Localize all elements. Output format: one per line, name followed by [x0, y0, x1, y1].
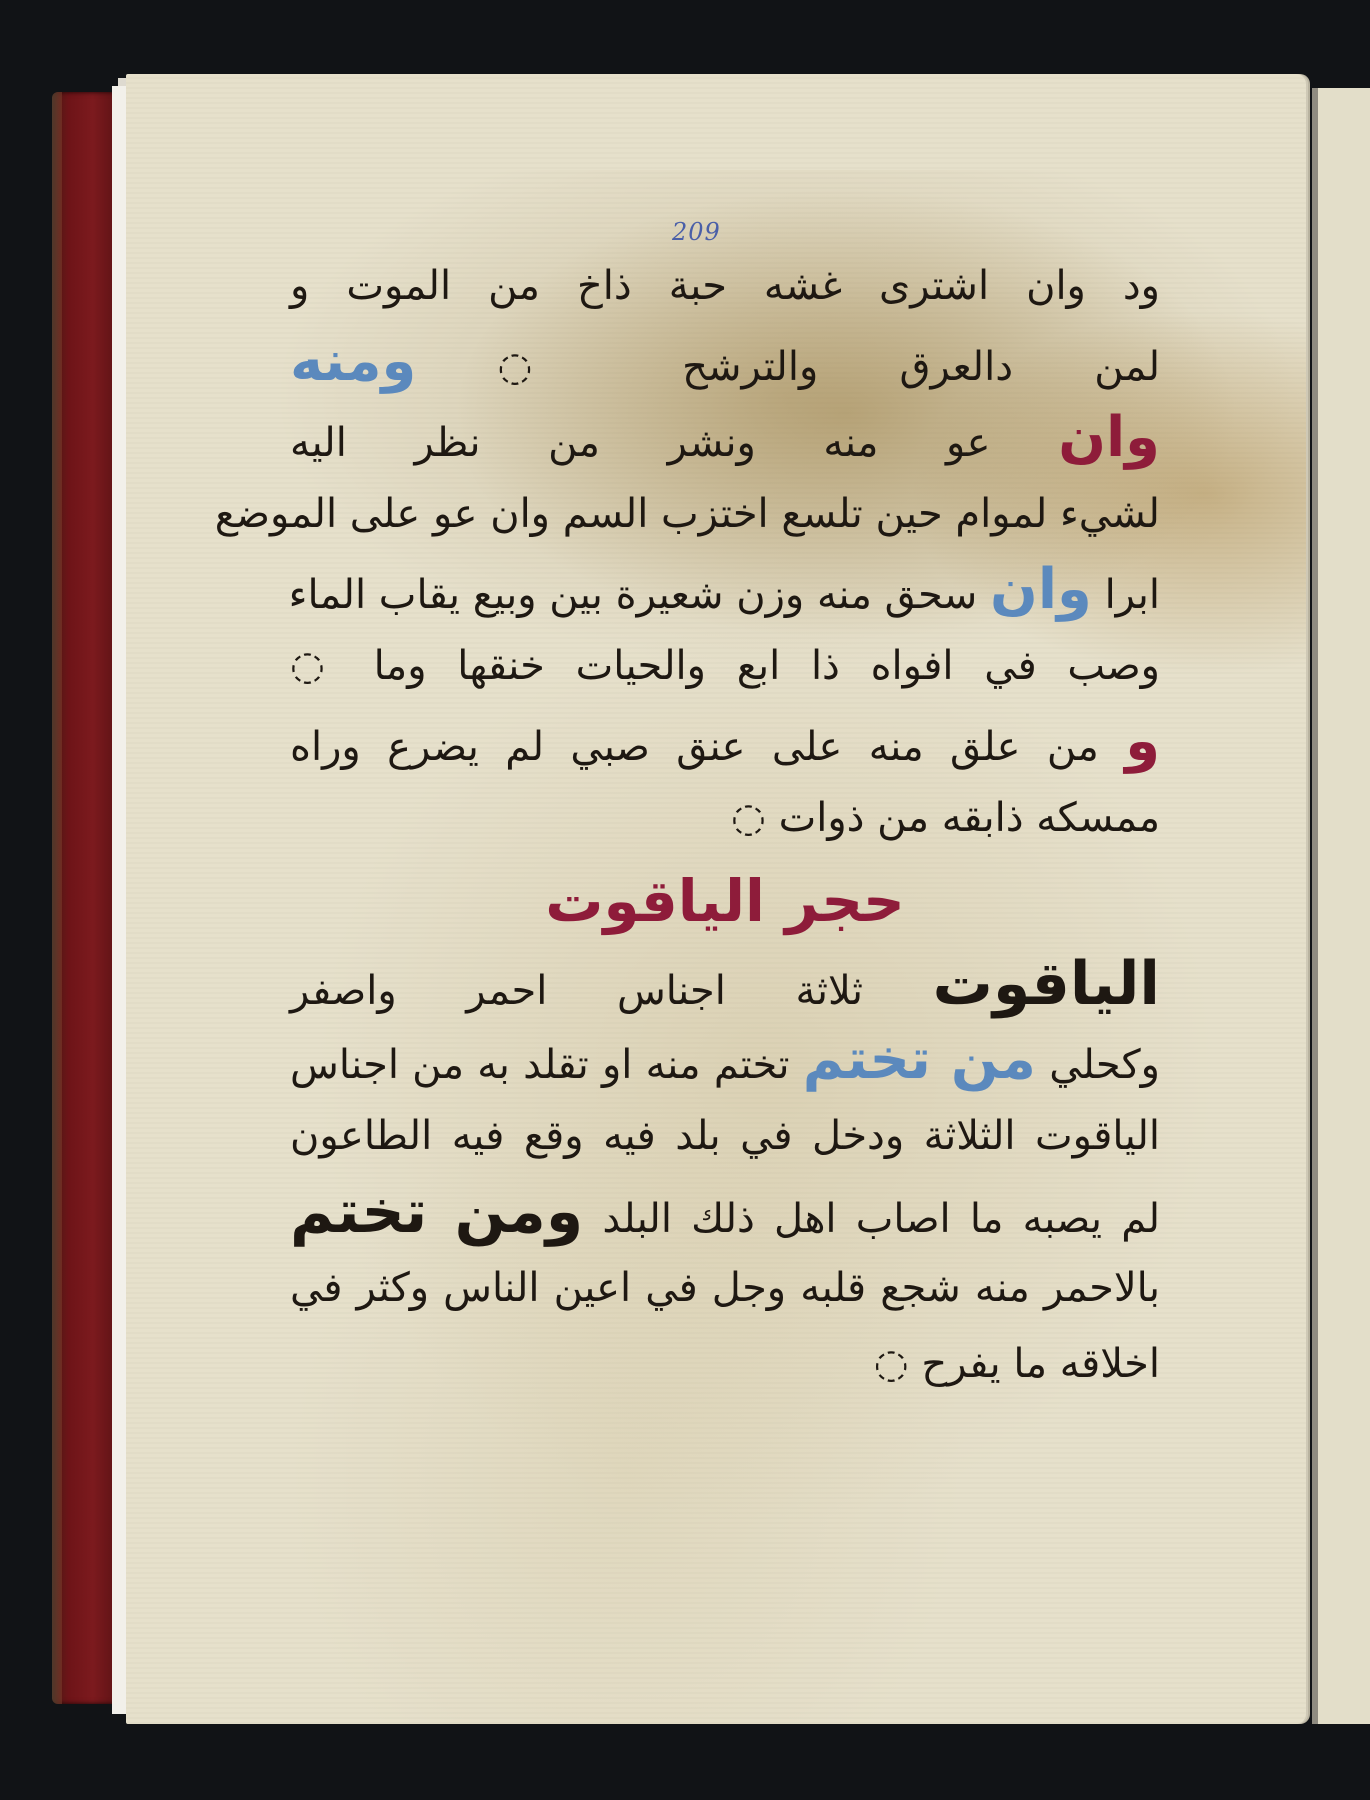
line-text: لم يصبه ما اصاب اهل ذلك البلد: [602, 1196, 1160, 1242]
line-text: الياقوت الثلاثة ودخل في بلد فيه وقع فيه …: [290, 1113, 1160, 1159]
text-line: وان عو منه ونشر من نظر اليه: [290, 400, 1160, 476]
text-line: لمن دالعرق والترشح ◌ ومنه: [290, 324, 1160, 400]
line-lead-word: الياقوت: [933, 949, 1160, 1019]
line-text: وصب في افواه ذا ابع والحيات خنقها وما ◌: [290, 643, 1160, 689]
line-text: من علق منه على عنق صبي لم يضرع وراه: [290, 724, 1099, 770]
section-heading: حجر الياقوت: [290, 856, 1160, 946]
line-lead-word: وكحلي: [1049, 1042, 1160, 1088]
text-line: ممسكه ذابقه من ذوات ◌: [290, 780, 1160, 856]
rubric-blue: ومنه: [290, 329, 416, 394]
text-line: لم يصبه ما اصاب اهل ذلك البلد ومن تختم: [290, 1174, 1160, 1250]
line-text: سحق منه وزن شعيرة بين وبيع يقاب الماء: [289, 572, 978, 618]
line-text: ثلاثة اجناس احمر واصفر: [290, 968, 863, 1014]
line-text: عو منه ونشر من نظر اليه: [290, 420, 991, 466]
line-text: ممسكه ذابقه من ذوات ◌: [731, 795, 1160, 841]
line-text: اخلاقه ما يفرح ◌: [874, 1341, 1160, 1387]
rubric-bold: ومن تختم: [290, 1177, 583, 1247]
rubric-blue: وان: [990, 557, 1092, 622]
text-line: الياقوت الثلاثة ودخل في بلد فيه وقع فيه …: [290, 1098, 1160, 1174]
facing-page-edge: [1312, 88, 1370, 1724]
line-text: لمن دالعرق والترشح ◌: [498, 344, 1160, 390]
rubric-blue: من تختم: [803, 1027, 1036, 1092]
text-line: بالاحمر منه شجع قلبه وجل في اعين الناس و…: [290, 1250, 1160, 1326]
folio-number: 209: [672, 218, 721, 246]
text-line: اخلاقه ما يفرح ◌: [290, 1326, 1160, 1402]
line-text: ود وان اشترى غشه حبة ذاخ من الموت و: [290, 263, 1160, 309]
text-line: وكحلي من تختم تختم منه او تقلد به من اجن…: [290, 1022, 1160, 1098]
text-line: لشيء لموام حين تلسع اختزب السم وان عو عل…: [290, 476, 1160, 552]
leather-binding-spine: [52, 92, 120, 1704]
line-text: تختم منه او تقلد به من اجناس: [290, 1042, 789, 1088]
manuscript-text-block: ود وان اشترى غشه حبة ذاخ من الموت و لمن …: [290, 248, 1160, 1402]
line-text: لشيء لموام حين تلسع اختزب السم وان عو عل…: [215, 491, 1160, 537]
text-line: ابرا وان سحق منه وزن شعيرة بين وبيع يقاب…: [290, 552, 1160, 628]
rubric-red: وان: [1058, 405, 1160, 470]
text-line: و من علق منه على عنق صبي لم يضرع وراه: [290, 704, 1160, 780]
line-prefix: ابرا: [1105, 572, 1160, 618]
text-line: وصب في افواه ذا ابع والحيات خنقها وما ◌: [290, 628, 1160, 704]
text-line: الياقوت ثلاثة اجناس احمر واصفر: [290, 946, 1160, 1022]
text-line: ود وان اشترى غشه حبة ذاخ من الموت و: [290, 248, 1160, 324]
line-text: بالاحمر منه شجع قلبه وجل في اعين الناس و…: [290, 1265, 1160, 1311]
rubric-red: و: [1125, 709, 1160, 774]
